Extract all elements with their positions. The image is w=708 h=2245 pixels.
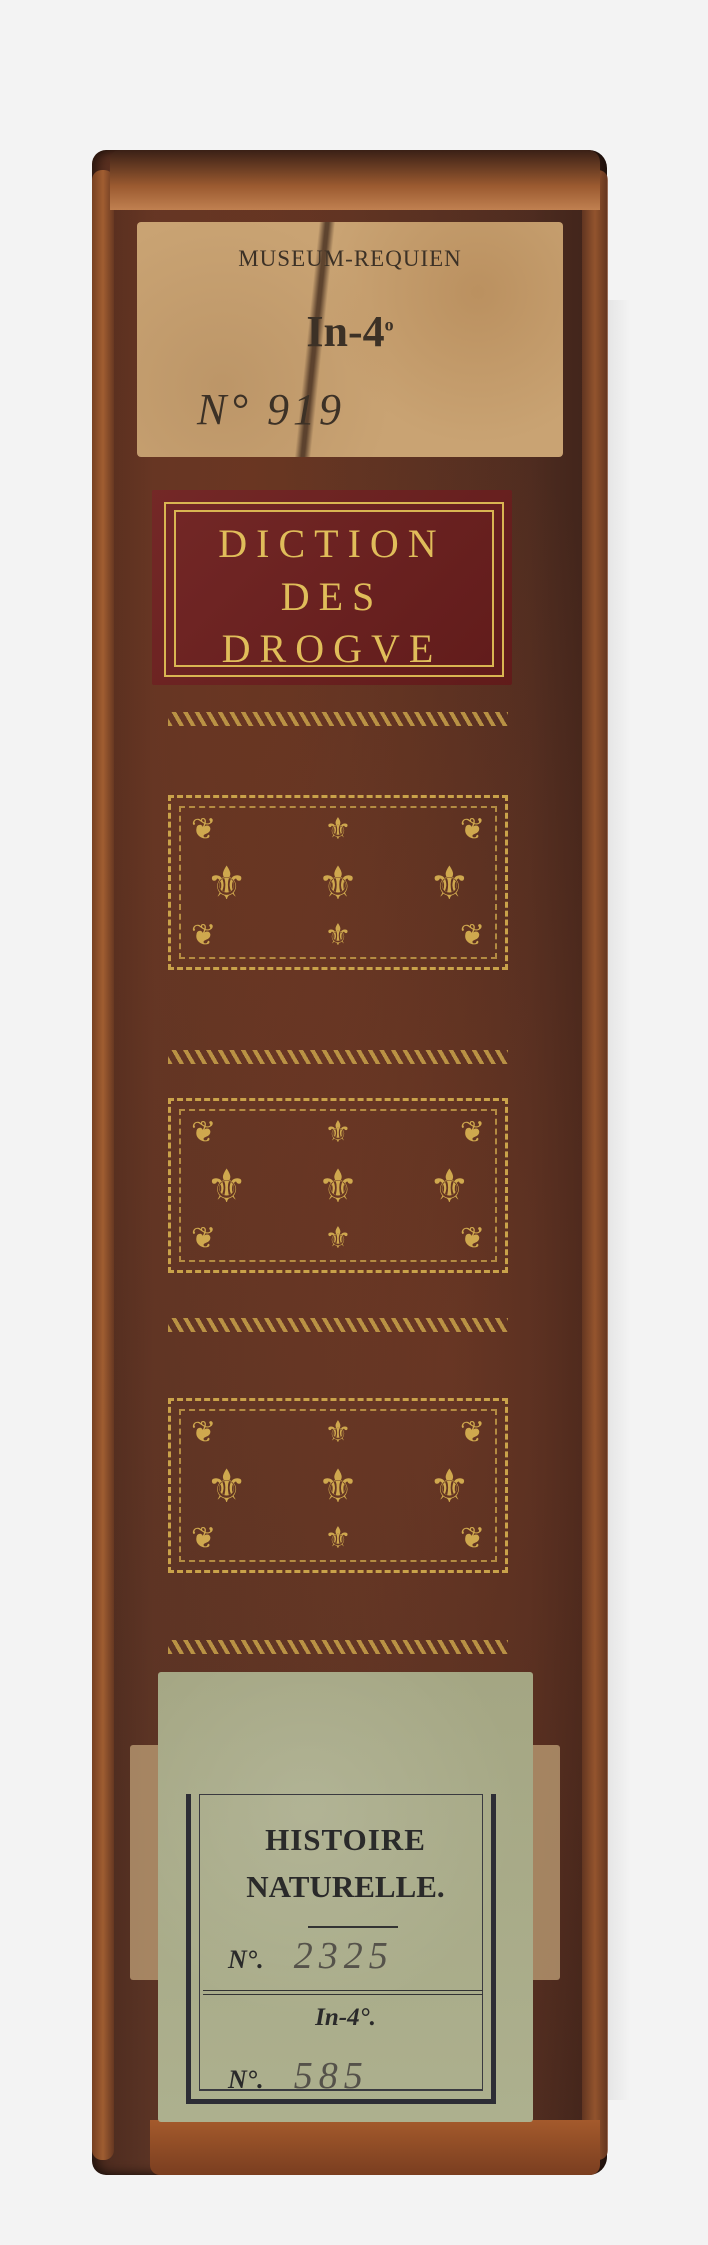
title-line-1: DICTION: [152, 520, 512, 567]
number-value-handwritten: 2325: [294, 1935, 394, 1977]
spine-bottom-tailcap: [150, 2120, 600, 2175]
histoire-naturelle-label: HISTOIRE NATURELLE. N°.2325 In-4°. N°.58…: [158, 1672, 533, 2122]
format-text: In-4: [306, 307, 384, 356]
museum-paper-label: MUSEUM-REQUIEN In-4o N° 919: [137, 222, 563, 457]
fleuron-icon: ⚜: [317, 856, 358, 910]
gilt-ornament-panel-1: ❦⚜❦ ⚜⚜⚜ ❦⚜❦: [168, 795, 508, 970]
fleuron-icon: ⚜: [429, 856, 470, 910]
ornament-icon: ❦: [191, 1521, 216, 1556]
title-line-2: DES: [152, 573, 512, 620]
ornament-icon: ❦: [191, 1221, 216, 1256]
ornament-row-bottom: ❦⚜❦: [191, 1521, 485, 1556]
ornament-row-bottom: ❦⚜❦: [191, 1221, 485, 1256]
label-rule-double: [203, 1990, 483, 1995]
fleuron-icon: ⚜: [325, 1221, 352, 1256]
catalog-number-handwritten: N° 919: [197, 384, 345, 435]
fleuron-icon: ⚜: [206, 1459, 247, 1513]
label-number-row-2: N°.585: [228, 2054, 369, 2098]
number-label: N°.: [228, 1945, 264, 1974]
fleuron-icon: ⚜: [317, 1159, 358, 1213]
spine-left-worn-edge: [92, 170, 114, 2160]
spine-right-worn-edge: [582, 170, 608, 2160]
fleuron-icon: ⚜: [317, 1459, 358, 1513]
label-heading-1: HISTOIRE: [158, 1822, 533, 1858]
fleuron-icon: ⚜: [325, 1521, 352, 1556]
title-line-3: DROGVE: [152, 625, 512, 672]
fleuron-icon: ⚜: [206, 1159, 247, 1213]
gilt-band: [168, 1050, 508, 1064]
ornament-icon: ❦: [460, 918, 485, 953]
ornament-row-bottom: ❦⚜❦: [191, 918, 485, 953]
gilt-band: [168, 1640, 508, 1654]
ornament-icon: ❦: [191, 918, 216, 953]
gilt-ornament-panel-2: ❦⚜❦ ⚜⚜⚜ ❦⚜❦: [168, 1098, 508, 1273]
gilt-ornament-panel-3: ❦⚜❦ ⚜⚜⚜ ❦⚜❦: [168, 1398, 508, 1573]
ornament-icon: ❦: [460, 1221, 485, 1256]
ornament-icon: ❦: [460, 1521, 485, 1556]
label-format: In-4°.: [158, 2004, 533, 2032]
title-label: DICTION DES DROGVE: [152, 490, 512, 685]
label-rule-short: [308, 1926, 398, 1928]
book-format: In-4o: [137, 306, 563, 357]
spine-top-headcap: [110, 150, 600, 210]
label-heading-2: NATURELLE.: [158, 1869, 533, 1905]
fleuron-icon: ⚜: [429, 1459, 470, 1513]
format-superscript: o: [385, 314, 394, 334]
fleuron-icon: ⚜: [325, 918, 352, 953]
number-value-handwritten: 585: [294, 2055, 369, 2097]
gilt-band: [168, 1318, 508, 1332]
gilt-band: [168, 712, 508, 726]
fleuron-icon: ⚜: [429, 1159, 470, 1213]
label-number-row-1: N°.2325: [228, 1934, 394, 1978]
fleuron-icon: ⚜: [206, 856, 247, 910]
number-label: N°.: [228, 2065, 264, 2094]
museum-name: MUSEUM-REQUIEN: [137, 246, 563, 272]
